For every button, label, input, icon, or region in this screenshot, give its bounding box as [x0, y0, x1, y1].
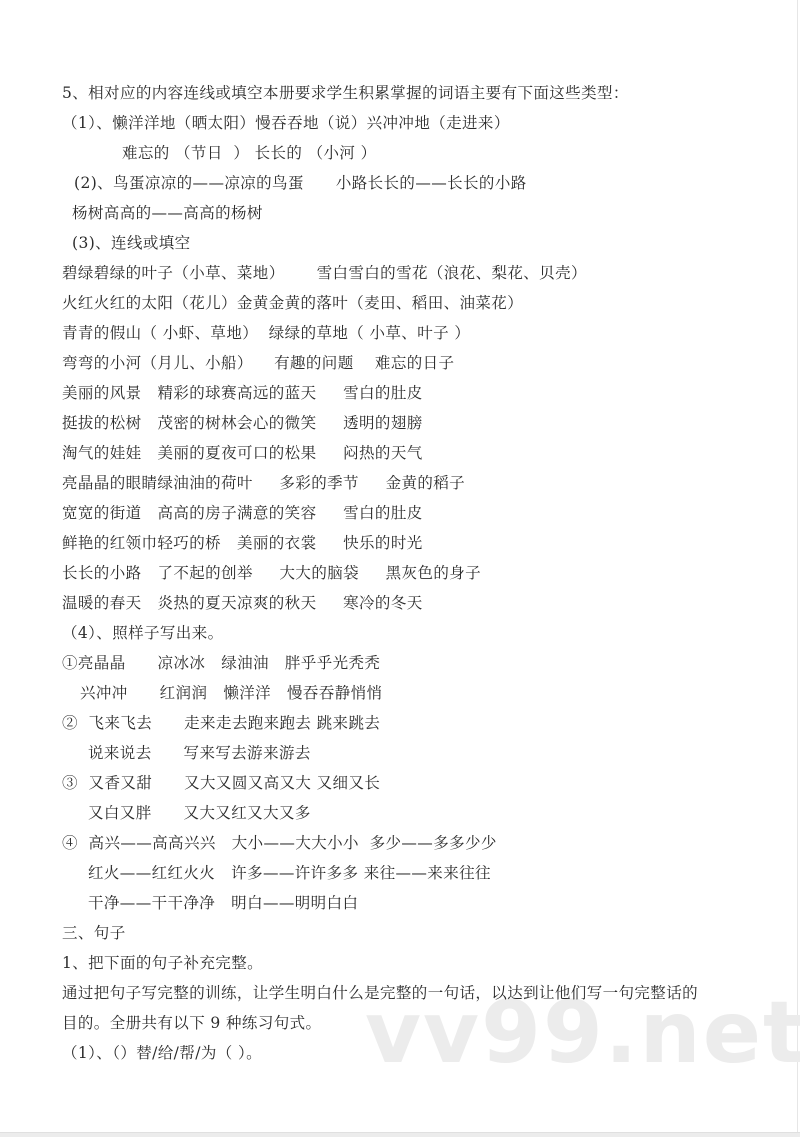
sentence-pattern-1: （1）、（）替/给/帮/为（ ）。 — [62, 1038, 262, 1068]
word-line: 碧绿碧绿的叶子（小草、菜地） 雪白雪白的雪花（浪花、梨花、贝壳） — [62, 258, 587, 288]
document-content: 5、相对应的内容连线或填空本册要求学生积累掌握的词语主要有下面这些类型： （1）… — [0, 0, 800, 1137]
section-3-heading: 三、句子 — [62, 918, 126, 948]
word-line: 长长的小路 了不起的创举 大大的脑袋 黑灰色的身子 — [62, 558, 481, 588]
item-1-heading: 1、把下面的句子补充完整。 — [62, 948, 263, 978]
pattern-4-line-2: 红火——红红火火 许多——许许多多 来往——来来往往 — [88, 858, 491, 888]
subsection-3-heading: (3)、连线或填空 — [72, 228, 191, 258]
word-line: 亮晶晶的眼睛绿油油的荷叶 多彩的季节 金黄的稻子 — [62, 468, 465, 498]
pattern-2-line: ② 飞来飞去 走来走去跑来跑去 跳来跳去 — [62, 708, 380, 738]
word-line: 宽宽的街道 高高的房子满意的笑容 雪白的肚皮 — [62, 498, 423, 528]
section-5-heading: 5、相对应的内容连线或填空本册要求学生积累掌握的词语主要有下面这些类型： — [62, 78, 629, 108]
paragraph-line-2: 目的。全册共有以下 9 种练习句式。 — [62, 1008, 321, 1038]
paragraph-line: 通过把句子写完整的训练，让学生明白什么是完整的一句话，以达到让他们写一句完整话的 — [62, 978, 698, 1008]
subsection-4-heading: （4）、照样子写出来。 — [62, 618, 224, 648]
subsection-1-line: （1）、懒洋洋地（晒太阳）慢吞吞地（说）兴冲冲地（走进来） — [62, 108, 510, 138]
pattern-4-line-3: 干净——干干净净 明白——明明白白 — [88, 888, 358, 918]
pattern-3-line: ③ 又香又甜 又大又圆又高又大 又细又长 — [62, 768, 380, 798]
pattern-1-line-2: 兴冲冲 红润润 懒洋洋 慢吞吞静悄悄 — [80, 678, 382, 708]
word-line: 鲜艳的红领巾轻巧的桥 美丽的衣裳 快乐的时光 — [62, 528, 423, 558]
word-line: 挺拔的松树 茂密的树林会心的微笑 透明的翅膀 — [62, 408, 423, 438]
word-line: 青青的假山（ 小虾、草地） 绿绿的草地（ 小草、叶子 ） — [62, 318, 470, 348]
word-line: 温暖的春天 炎热的夏天凉爽的秋天 寒冷的冬天 — [62, 588, 423, 618]
word-line: 火红火红的太阳（花儿）金黄金黄的落叶（麦田、稻田、油菜花） — [62, 288, 523, 318]
subsection-1-line-2: 难忘的 （节日 ） 长长的 （小河 ） — [122, 138, 377, 168]
pattern-3-line-2: 又白又胖 又大又红又大又多 — [88, 798, 311, 828]
word-line: 美丽的风景 精彩的球赛高远的蓝天 雪白的肚皮 — [62, 378, 423, 408]
subsection-2-line-2: 杨树高高的——高高的杨树 — [72, 198, 263, 228]
subsection-2-line: (2)、鸟蛋凉凉的——凉凉的鸟蛋 小路长长的——长长的小路 — [74, 168, 527, 198]
pattern-4-line: ④ 高兴——高高兴兴 大小——大大小小 多少——多多少少 — [62, 828, 497, 858]
word-line: 淘气的娃娃 美丽的夏夜可口的松果 闷热的天气 — [62, 438, 423, 468]
pattern-1-line: ①亮晶晶 凉冰冰 绿油油 胖乎乎光秃秃 — [62, 648, 380, 678]
word-line: 弯弯的小河（月儿、小船） 有趣的问题 难忘的日子 — [62, 348, 454, 378]
pattern-2-line-2: 说来说去 写来写去游来游去 — [88, 738, 311, 768]
